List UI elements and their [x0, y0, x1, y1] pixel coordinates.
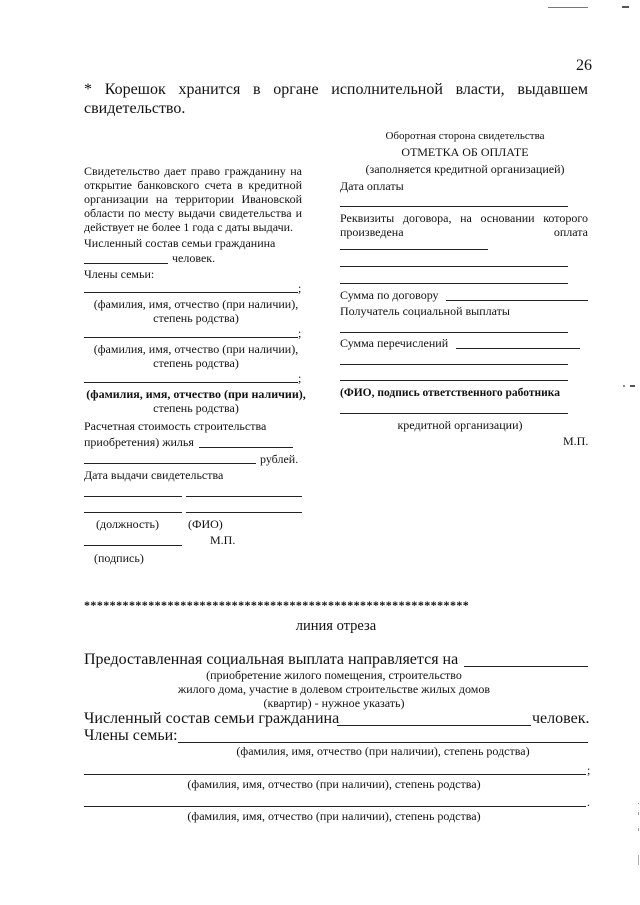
position-field[interactable]	[84, 512, 182, 513]
contract-details-label: Реквизиты договора, на основании которог…	[340, 211, 588, 226]
recipient-label: Получатель социальной выплаты	[340, 304, 510, 319]
contract-details-label: оплата	[550, 225, 588, 240]
officer-field[interactable]	[340, 364, 568, 365]
member-field[interactable]	[178, 742, 588, 743]
cost-field[interactable]	[199, 447, 293, 448]
issue-date-field[interactable]	[84, 496, 182, 497]
rubles-suffix: рублей.	[260, 452, 298, 467]
payment-mark-title: ОТМЕТКА ОБ ОПЛАТЕ	[340, 145, 590, 160]
family-size-field[interactable]	[84, 263, 168, 264]
member-field[interactable]	[84, 806, 586, 807]
intro-line: действует не более 1 года с даты выдачи.	[84, 220, 302, 235]
member-caption: (фамилия, имя, отчество (при наличии), с…	[84, 777, 584, 792]
signature-field[interactable]	[84, 545, 182, 546]
fio-field[interactable]	[186, 512, 302, 513]
cost-field[interactable]	[84, 463, 256, 464]
signature-caption: (подпись)	[94, 551, 144, 566]
member-field[interactable]	[84, 292, 298, 293]
payment-date-field[interactable]	[340, 206, 568, 207]
asterisk-divider: ****************************************…	[84, 598, 594, 613]
contract-details-label: произведена	[340, 225, 404, 240]
transfer-sum-label: Сумма перечислений	[340, 336, 448, 351]
payment-direction-caption: (приобретение жилого помещения, строител…	[184, 668, 484, 683]
scan-artifact	[548, 7, 588, 8]
officer-caption: кредитной организации)	[360, 418, 560, 433]
cost-label: Расчетная стоимость строительства	[84, 419, 266, 434]
payment-date-label: Дата оплаты	[340, 179, 404, 194]
member-caption: (фамилия, имя, отчество (при наличии), с…	[84, 809, 584, 824]
scan-artifact	[630, 385, 635, 387]
member-caption: степень родства)	[84, 356, 308, 371]
scan-artifact	[638, 812, 639, 815]
scan-artifact	[638, 855, 639, 865]
member-caption: степень родства)	[84, 311, 308, 326]
member-separator: ;	[298, 371, 301, 386]
issue-date-field[interactable]	[186, 496, 302, 497]
officer-field[interactable]	[340, 380, 568, 381]
issue-date-label: Дата выдачи свидетельства	[84, 468, 223, 483]
line-end: .	[587, 795, 590, 810]
stub-note-line1: * Корешок хранится в органе исполнительн…	[84, 80, 588, 99]
member-caption: (фамилия, имя, отчество (при наличии),	[84, 342, 308, 357]
members-label: Члены семьи:	[84, 267, 154, 282]
family-size-field[interactable]	[337, 725, 531, 726]
stub-note-line2: свидетельство.	[84, 99, 588, 118]
contract-details-field[interactable]	[340, 249, 488, 250]
member-caption: степень родства)	[84, 401, 308, 416]
cut-line-label: линия отреза	[84, 618, 588, 635]
stamp-label: М.П.	[563, 434, 588, 449]
member-field[interactable]	[84, 382, 298, 383]
recipient-field[interactable]	[340, 332, 568, 333]
fio-caption: (ФИО)	[188, 517, 223, 532]
page-number: 26	[570, 56, 592, 75]
position-caption: (должность)	[96, 517, 159, 532]
member-separator: ;	[298, 326, 301, 341]
payment-direction-caption: жилого дома, участие в долевом строитель…	[134, 682, 534, 697]
scan-artifact	[623, 385, 625, 387]
member-field[interactable]	[84, 337, 298, 338]
back-side-title: Оборотная сторона свидетельства	[340, 129, 590, 143]
filled-by-caption: (заполняется кредитной организацией)	[340, 162, 590, 177]
contract-sum-field[interactable]	[446, 300, 588, 301]
member-caption: (фамилия, имя, отчество (при наличии),	[84, 297, 308, 312]
persons-suffix: человек.	[532, 709, 589, 728]
contract-details-field[interactable]	[340, 283, 568, 284]
family-size-label: Численный состав семьи гражданина	[84, 236, 275, 251]
contract-sum-label: Сумма по договору	[340, 288, 439, 303]
scan-artifact	[638, 828, 639, 831]
contract-details-field[interactable]	[340, 266, 568, 267]
scan-artifact	[638, 803, 639, 804]
intro-line: организации на территории Ивановской	[84, 192, 302, 207]
intro-line: Свидетельство дает право гражданину на	[84, 164, 302, 179]
member-field[interactable]	[84, 774, 586, 775]
intro-line: области по месту выдачи свидетельства и	[84, 206, 302, 221]
intro-line: открытие банковского счета в кредитной	[84, 178, 302, 193]
members-label: Члены семьи:	[84, 726, 178, 745]
payment-direction-label: Предоставленная социальная выплата напра…	[84, 650, 458, 669]
member-caption: (фамилия, имя, отчество (при наличии),	[84, 387, 308, 402]
stamp-label: М.П.	[210, 533, 235, 548]
officer-field[interactable]	[340, 413, 568, 414]
officer-caption: (ФИО, подпись ответственного работника	[340, 386, 560, 401]
member-caption: (фамилия, имя, отчество (при наличии), с…	[178, 744, 588, 759]
payment-direction-field[interactable]	[464, 666, 588, 667]
line-end: ;	[587, 763, 590, 778]
scan-artifact	[622, 6, 629, 8]
cost-label: приобретения) жилья	[84, 435, 194, 450]
persons-suffix: человек.	[172, 251, 215, 266]
transfer-sum-field[interactable]	[456, 348, 580, 349]
member-separator: ;	[298, 281, 301, 296]
